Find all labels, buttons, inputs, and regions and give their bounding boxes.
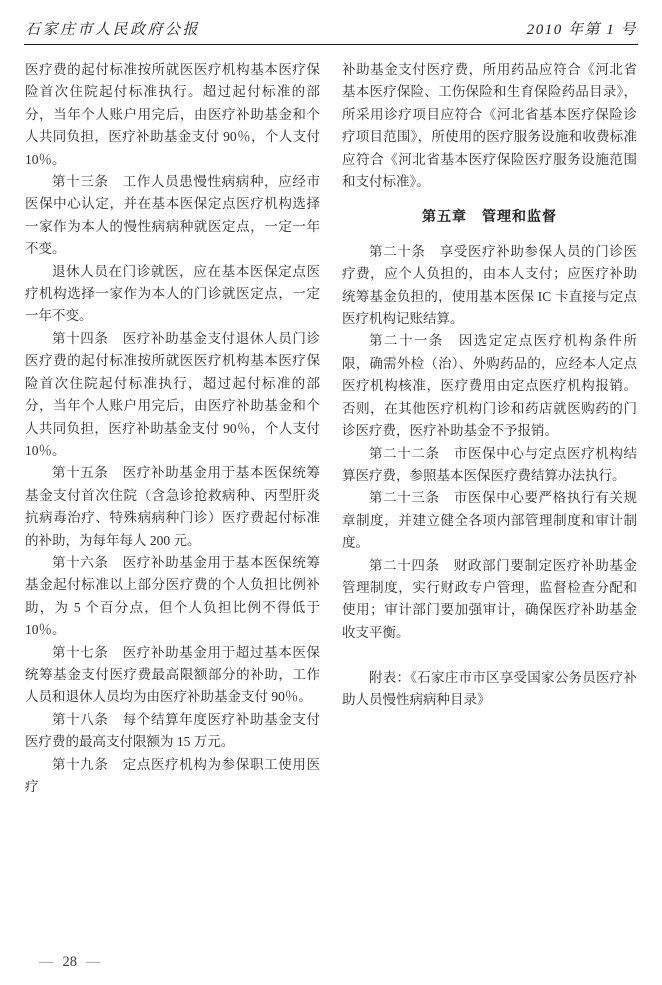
paragraph: 第十六条 医疗补助基金用于基本医保统筹基金起付标准以上部分医疗费的个人负担比例补… (25, 552, 320, 642)
paragraph: 第十九条 定点医疗机构为参保职工使用医疗 (25, 754, 320, 799)
paragraph: 补助基金支付医疗费，所用药品应符合《河北省基本医疗保险、工伤保险和生育保险药品目… (342, 59, 637, 193)
paragraph: 第二十一条 因选定定点医疗机构条件所限，确需外检（治）、外购药品的，应经本人定点… (342, 330, 637, 442)
issue-number: 2010 年第 1 号 (527, 18, 637, 39)
appendix-note: 附表：《石家庄市市区享受国家公务员医疗补助人员慢性病病种目录》 (342, 667, 637, 712)
page-number: 28 (63, 954, 78, 970)
page-footer: —28— (30, 954, 110, 971)
paragraph: 医疗费的起付标准按所就医医疗机构基本医疗保险首次住院起付标准执行。超过起付标准的… (25, 59, 320, 171)
paragraph: 第十五条 医疗补助基金用于基本医保统筹基金支付首次住院（含急诊抢救病种、丙型肝炎… (25, 462, 320, 552)
right-column: 补助基金支付医疗费，所用药品应符合《河北省基本医疗保险、工伤保险和生育保险药品目… (342, 59, 637, 798)
left-column: 医疗费的起付标准按所就医医疗机构基本医疗保险首次住院起付标准执行。超过起付标准的… (25, 59, 320, 798)
right-column-bottom: 第二十条 享受医疗补助参保人员的门诊医疗费，应个人负担的，由本人支付；应医疗补助… (342, 241, 637, 644)
page-header: 石家庄市人民政府公报 2010 年第 1 号 (0, 0, 662, 39)
paragraph: 第二十三条 市医保中心要严格执行有关规章制度，并建立健全各项内部管理制度和审计制… (342, 487, 637, 554)
paragraph: 第十四条 医疗补助基金支付退休人员门诊医疗费的起付标准按所就医医疗机构基本医疗保… (25, 328, 320, 462)
paragraph: 第十七条 医疗补助基金用于超过基本医保统筹基金支付医疗费最高限额部分的补助，工作… (25, 642, 320, 709)
paragraph: 退休人员在门诊就医，应在基本医保定点医疗机构选择一家作为本人的门诊就医定点，一定… (25, 261, 320, 328)
paragraph: 第十八条 每个结算年度医疗补助基金支付医疗费的最高支付限额为 15 万元。 (25, 709, 320, 754)
page-number-right-dash: — (86, 954, 101, 970)
paragraph: 第二十二条 市医保中心与定点医疗机构结算医疗费，参照基本医保医疗费结算办法执行。 (342, 443, 637, 488)
gazette-page: 石家庄市人民政府公报 2010 年第 1 号 医疗费的起付标准按所就医医疗机构基… (0, 0, 662, 985)
paragraph: 第十三条 工作人员患慢性病病种，应经市医保中心认定，并在基本医保定点医疗机构选择… (25, 171, 320, 261)
paragraph: 第二十条 享受医疗补助参保人员的门诊医疗费，应个人负担的，由本人支付；应医疗补助… (342, 241, 637, 331)
page-number-left-dash: — (39, 954, 54, 970)
gazette-title: 石家庄市人民政府公报 (25, 18, 200, 39)
right-column-top: 补助基金支付医疗费，所用药品应符合《河北省基本医疗保险、工伤保险和生育保险药品目… (342, 59, 637, 193)
chapter-heading: 第五章 管理和监督 (342, 205, 637, 227)
paragraph: 第二十四条 财政部门要制定医疗补助基金管理制度，实行财政专户管理，监督检查分配和… (342, 555, 637, 645)
article-body: 医疗费的起付标准按所就医医疗机构基本医疗保险首次住院起付标准执行。超过起付标准的… (0, 45, 662, 798)
